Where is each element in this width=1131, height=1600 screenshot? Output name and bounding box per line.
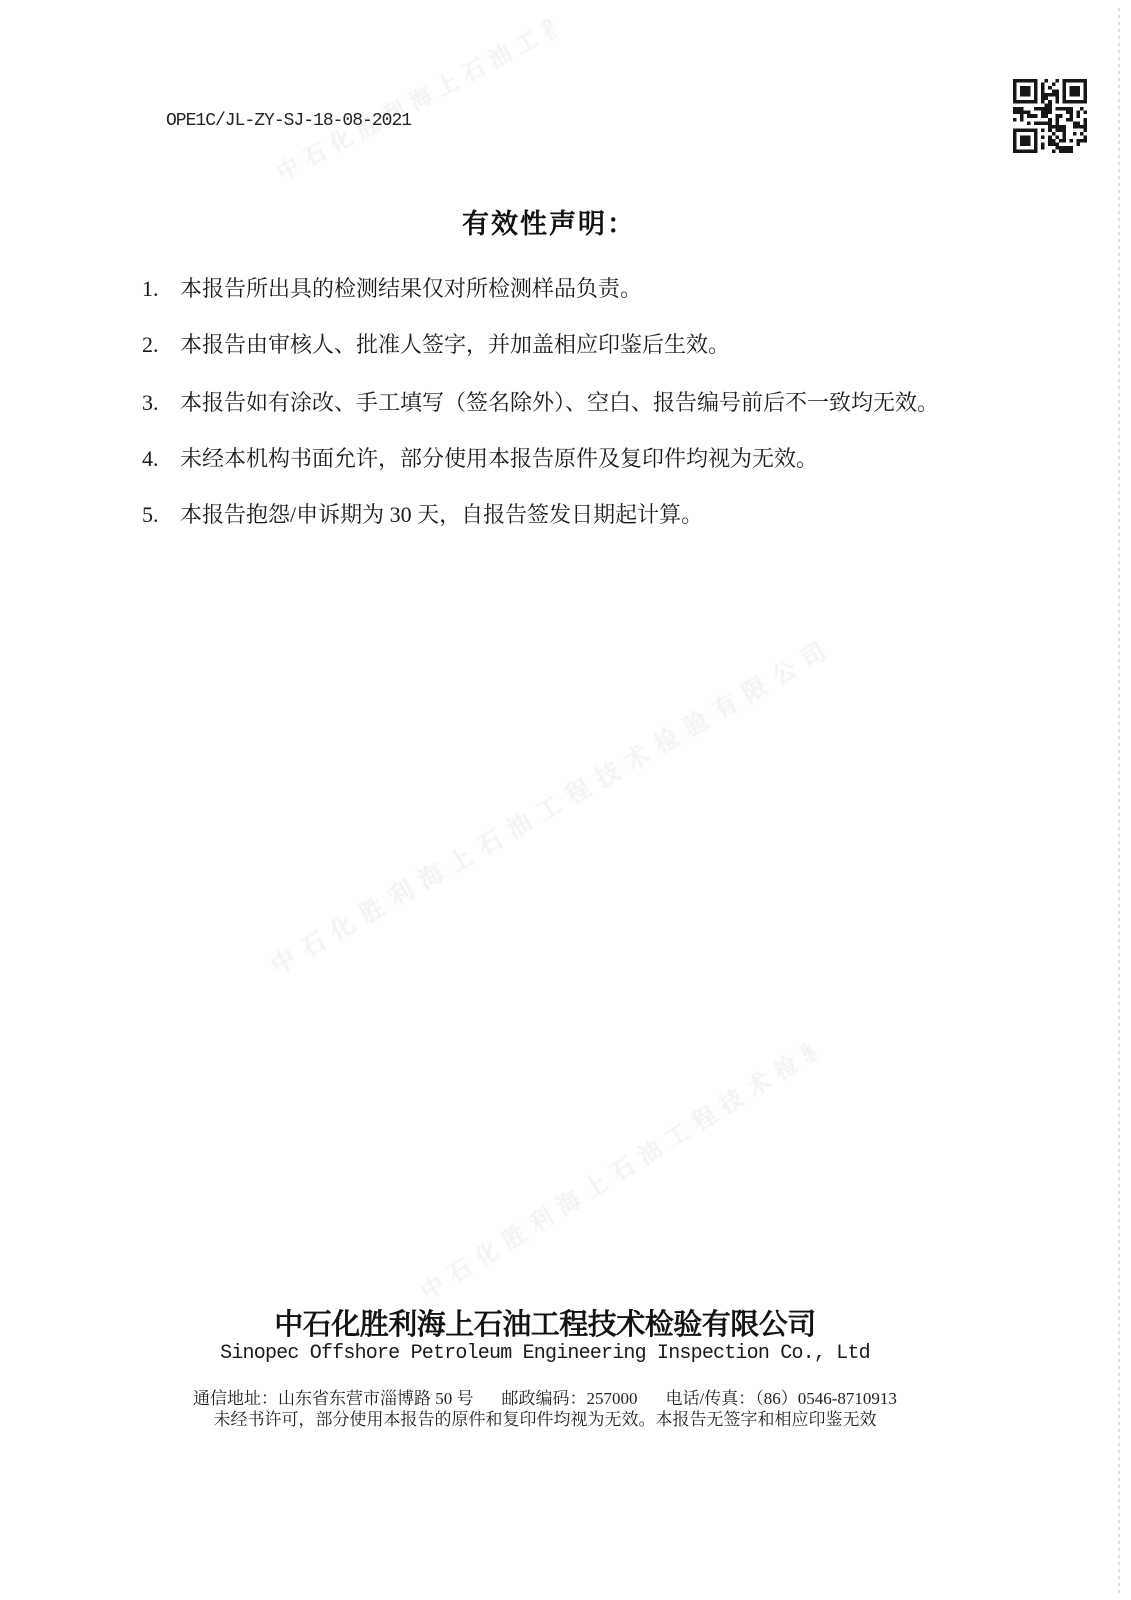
qr-code-icon (1012, 79, 1088, 153)
statement-item-2: 2.本报告由审核人、批准人签字，并加盖相应印鉴后生效。 (142, 328, 730, 359)
statement-item-4: 4.未经本机构书面允许，部分使用本报告原件及复印件均视为无效。 (142, 442, 818, 473)
statement-number: 5. (142, 502, 180, 528)
statement-text: 本报告抱怨/申诉期为 30 天，自报告签发日期起计算。 (180, 502, 703, 527)
statement-number: 1. (142, 276, 180, 302)
statement-item-5: 5.本报告抱怨/申诉期为 30 天，自报告签发日期起计算。 (142, 498, 703, 529)
statement-text: 本报告如有涂改、手工填写（签名除外）、空白、报告编号前后不一致均无效。 (180, 390, 939, 415)
company-name-en: Sinopec Offshore Petroleum Engineering I… (0, 1342, 1090, 1365)
company-name-cn: 中石化胜利海上石油工程技术检验有限公司 (0, 1302, 1090, 1343)
footer-notice: 未经书许可，部分使用本报告的原件和复印件均视为无效。本报告无签字和相应印鉴无效 (0, 1405, 1090, 1430)
statement-number: 2. (142, 332, 180, 358)
watermark-ghost-lower: 中石化胜利海上石油工程技术检验有限公司 (413, 1035, 821, 1307)
report-page: 中石化胜利海上石油工程技术检验有限公司 中石化胜利海上石油工程技术检验有限公司 … (0, 0, 1131, 1600)
statement-item-1: 1.本报告所出具的检测结果仅对所检测样品负责。 (142, 272, 642, 303)
statement-item-3: 3.本报告如有涂改、手工填写（签名除外）、空白、报告编号前后不一致均无效。 (142, 386, 939, 417)
watermark-ghost-top: 中石化胜利海上石油工程技术检验有限公司 (271, 13, 561, 187)
watermark-ghost-middle: 中石化胜利海上石油工程技术检验有限公司 (263, 630, 835, 980)
statement-text: 本报告由审核人、批准人签字，并加盖相应印鉴后生效。 (180, 332, 730, 357)
page-title: 有效性声明： (0, 202, 1098, 241)
statement-number: 4. (142, 446, 180, 472)
scan-edge-line (1118, 8, 1120, 1596)
statement-text: 未经本机构书面允许，部分使用本报告原件及复印件均视为无效。 (180, 446, 818, 471)
statement-text: 本报告所出具的检测结果仅对所检测样品负责。 (180, 276, 642, 301)
document-code: OPE1C/JL-ZY-SJ-18-08-2021 (166, 111, 411, 131)
statement-number: 3. (142, 390, 180, 416)
